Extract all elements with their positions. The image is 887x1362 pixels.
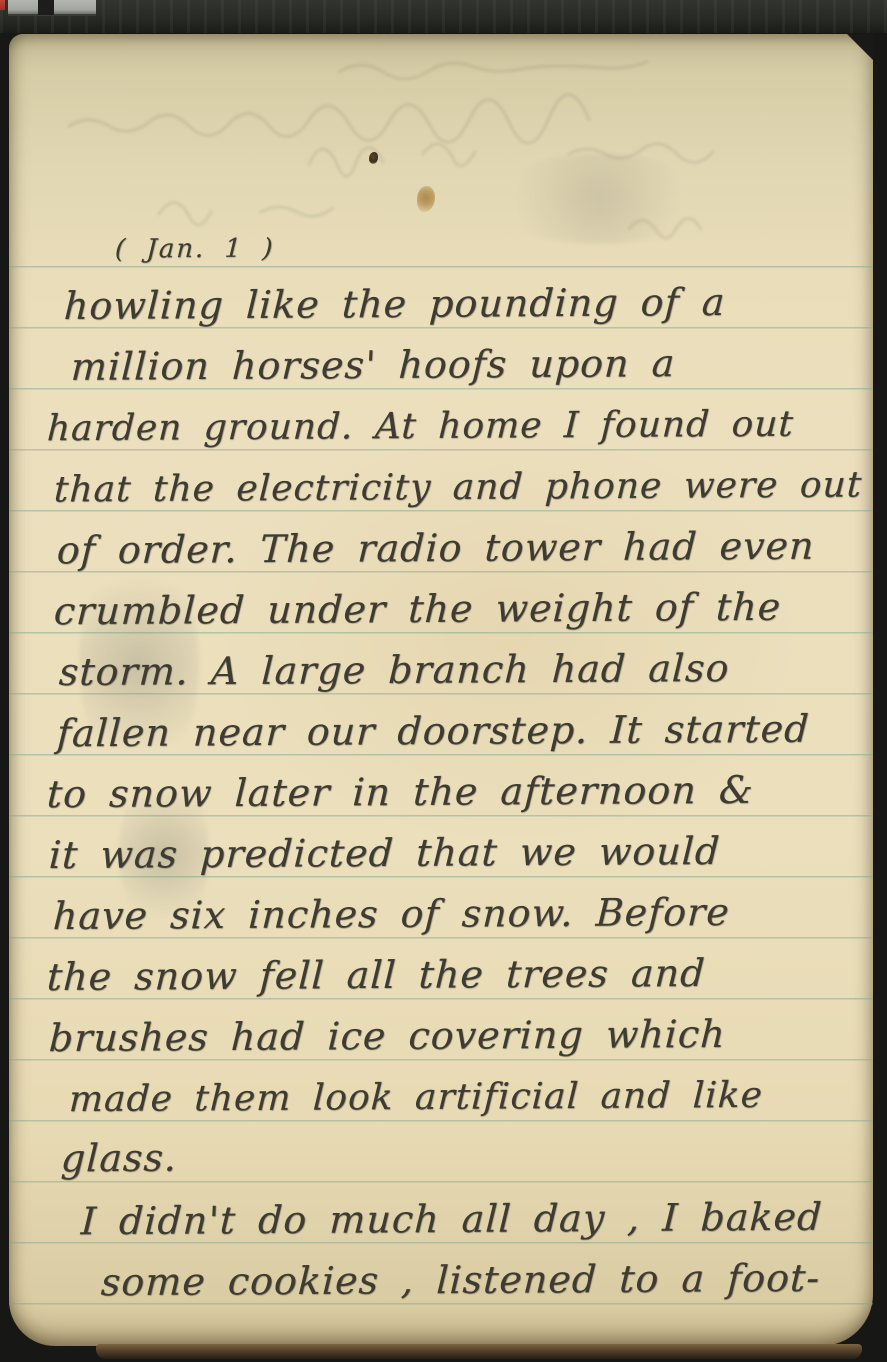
pencil-smudge bbox=[489, 154, 709, 244]
handwritten-line: storm. A large branch had also bbox=[58, 646, 731, 694]
handwritten-line: of order. The radio tower had even bbox=[56, 524, 816, 573]
handwritten-line: to snow later in the afternoon & bbox=[46, 768, 755, 816]
handwritten-line: glass. bbox=[60, 1136, 178, 1181]
handwritten-line: fallen near our doorstep. It started bbox=[56, 707, 811, 756]
handwritten-line: have six inches of snow. Before bbox=[52, 890, 731, 938]
date-heading: ( Jan. 1 ) bbox=[114, 234, 275, 265]
handwritten-line: brushes had ice covering which bbox=[48, 1012, 727, 1060]
page-stack-edge bbox=[96, 1344, 862, 1359]
handwritten-line: that the electricity and phone were out bbox=[53, 465, 863, 511]
red-corner-mark bbox=[0, 0, 5, 10]
handwritten-line: million horses' hoofs upon a bbox=[70, 341, 676, 389]
handwritten-line: made them look artificial and like bbox=[68, 1075, 764, 1120]
handwritten-line: the snow fell all the trees and bbox=[46, 951, 707, 999]
scanned-page: ( Jan. 1 ) howling like the pounding of … bbox=[0, 0, 887, 1362]
handwritten-line: harden ground. At home I found out bbox=[46, 404, 795, 450]
handwritten-line: some cookies , listened to a foot- bbox=[100, 1256, 821, 1304]
scanner-bed-top bbox=[0, 0, 887, 33]
handwritten-line: I didn't do much all day , I baked bbox=[80, 1195, 823, 1244]
page-corner-cut bbox=[847, 34, 873, 60]
clip-tab bbox=[8, 0, 96, 16]
handwritten-line: it was predicted that we would bbox=[48, 829, 721, 877]
handwritten-line: crumbled under the weight of the bbox=[53, 585, 782, 633]
notebook-paper: ( Jan. 1 ) howling like the pounding of … bbox=[9, 34, 873, 1346]
handwritten-line: howling like the pounding of a bbox=[63, 280, 726, 328]
clip-notch bbox=[38, 0, 54, 15]
